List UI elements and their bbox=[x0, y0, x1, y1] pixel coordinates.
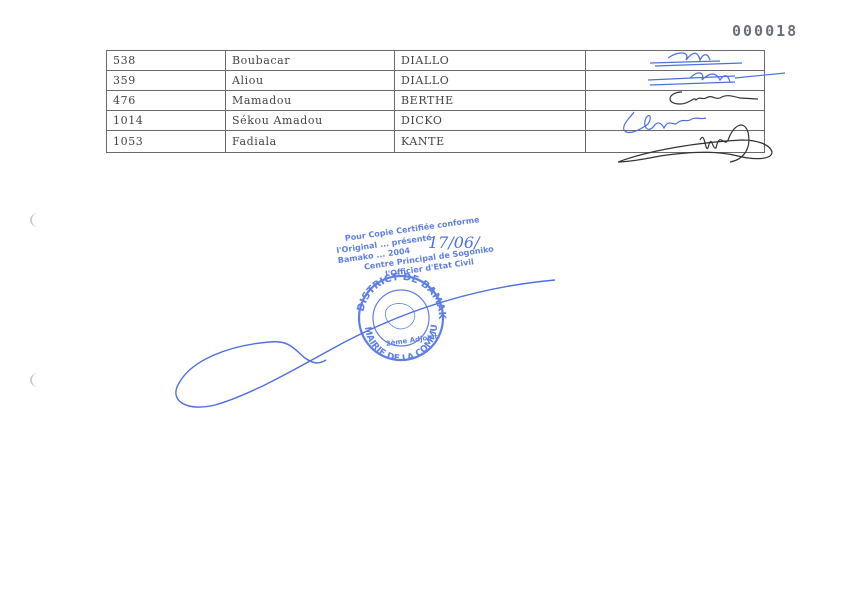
cell-first-name: Sékou Amadou bbox=[226, 111, 395, 131]
cell-id: 1014 bbox=[107, 111, 226, 131]
cell-signature bbox=[586, 91, 765, 111]
cell-id: 538 bbox=[107, 51, 226, 71]
cell-id: 476 bbox=[107, 91, 226, 111]
punch-hole-mark bbox=[30, 373, 46, 387]
table-row: 1053 Fadiala KANTE bbox=[107, 131, 765, 153]
cell-first-name: Fadiala bbox=[226, 131, 395, 153]
punch-hole-mark bbox=[30, 213, 46, 227]
cell-last-name: DIALLO bbox=[395, 51, 586, 71]
page-number: 000018 bbox=[732, 22, 798, 40]
cell-last-name: KANTE bbox=[395, 131, 586, 153]
handwritten-date: 17/06/ bbox=[428, 233, 481, 252]
table-row: 1014 Sékou Amadou DICKO bbox=[107, 111, 765, 131]
table-row: 476 Mamadou BERTHE bbox=[107, 91, 765, 111]
seal-inner-text: 2ème Adjoint bbox=[385, 333, 439, 348]
table-row: 359 Aliou DIALLO bbox=[107, 71, 765, 91]
cell-id: 1053 bbox=[107, 131, 226, 153]
cell-first-name: Aliou bbox=[226, 71, 395, 91]
certification-stamp: Pour Copie Certifiée conforme l'Original… bbox=[334, 213, 496, 285]
cell-signature bbox=[586, 51, 765, 71]
stamp-line-1: Pour Copie Certifiée conforme bbox=[344, 214, 480, 243]
cell-first-name: Boubacar bbox=[226, 51, 395, 71]
cell-last-name: DIALLO bbox=[395, 71, 586, 91]
cell-signature bbox=[586, 111, 765, 131]
cell-last-name: DICKO bbox=[395, 111, 586, 131]
cell-first-name: Mamadou bbox=[226, 91, 395, 111]
cell-last-name: BERTHE bbox=[395, 91, 586, 111]
cell-signature bbox=[586, 131, 765, 153]
official-seal bbox=[359, 276, 443, 361]
stamp-line-5: l'Officier d'Etat Civil bbox=[385, 257, 475, 278]
stamp-line-4: Centre Principal de Sogoniko bbox=[363, 244, 494, 271]
cell-id: 359 bbox=[107, 71, 226, 91]
stamp-line-3: Bamako ... 2004 bbox=[337, 246, 411, 265]
cell-signature bbox=[586, 71, 765, 91]
registry-table: 538 Boubacar DIALLO 359 Aliou DIALLO 476… bbox=[106, 50, 765, 153]
official-signature bbox=[176, 280, 555, 407]
seal-top-text: DISTRICT DE BAMAKO bbox=[0, 0, 447, 321]
stamp-line-2: l'Original ... présenté bbox=[336, 232, 433, 255]
table-row: 538 Boubacar DIALLO bbox=[107, 51, 765, 71]
